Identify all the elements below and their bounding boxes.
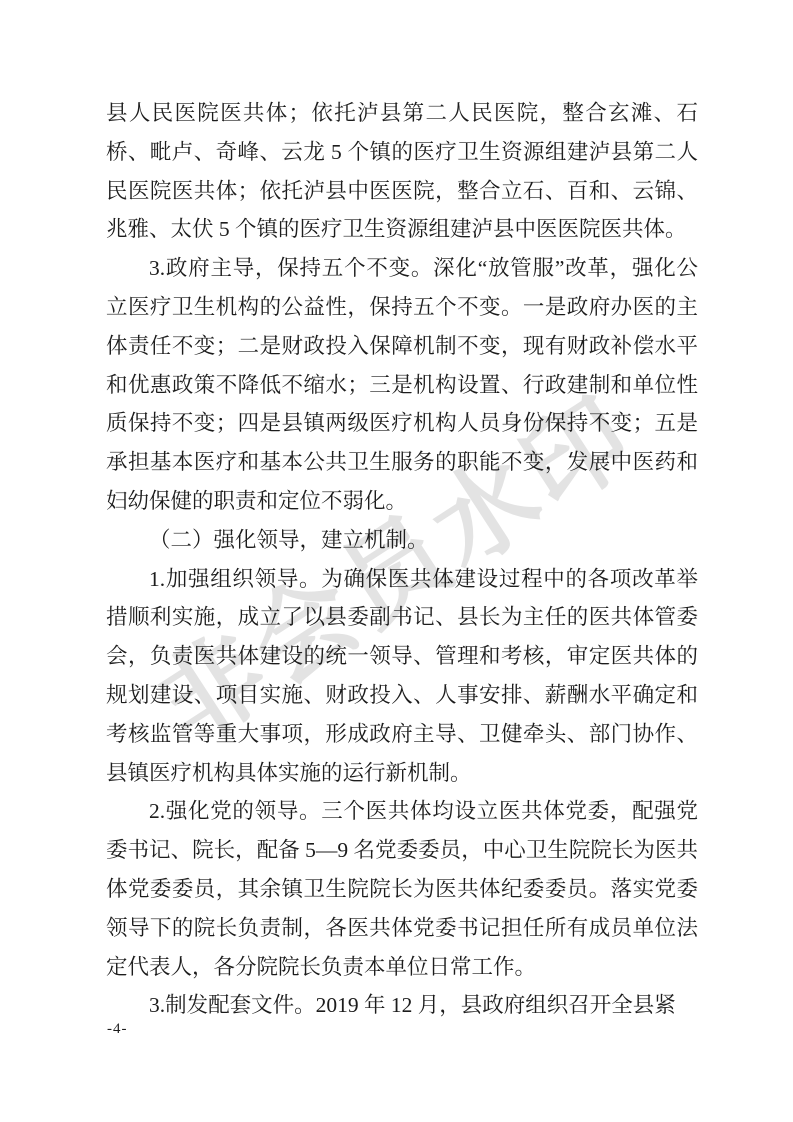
- paragraph: 2.强化党的领导。三个医共体均设立医共体党委，配强党委书记、院长，配备 5—9 …: [106, 792, 698, 986]
- paragraph: 县人民医院医共体；依托泸县第二人民医院，整合玄滩、石桥、毗卢、奇峰、云龙 5 个…: [106, 94, 698, 249]
- paragraph: （二）强化领导，建立机制。: [106, 521, 698, 560]
- paragraph: 3.制发配套文件。2019 年 12 月，县政府组织召开全县紧: [106, 986, 698, 1025]
- paragraph: 3.政府主导，保持五个不变。深化“放管服”改革，强化公立医疗卫生机构的公益性，保…: [106, 249, 698, 521]
- paragraph: 1.加强组织领导。为确保医共体建设过程中的各项改革举措顺利实施，成立了以县委副书…: [106, 560, 698, 793]
- page-number: -4-: [107, 1021, 128, 1038]
- document-page: 非会员水印 县人民医院医共体；依托泸县第二人民医院，整合玄滩、石桥、毗卢、奇峰、…: [0, 0, 793, 1122]
- document-body: 县人民医院医共体；依托泸县第二人民医院，整合玄滩、石桥、毗卢、奇峰、云龙 5 个…: [106, 94, 698, 1025]
